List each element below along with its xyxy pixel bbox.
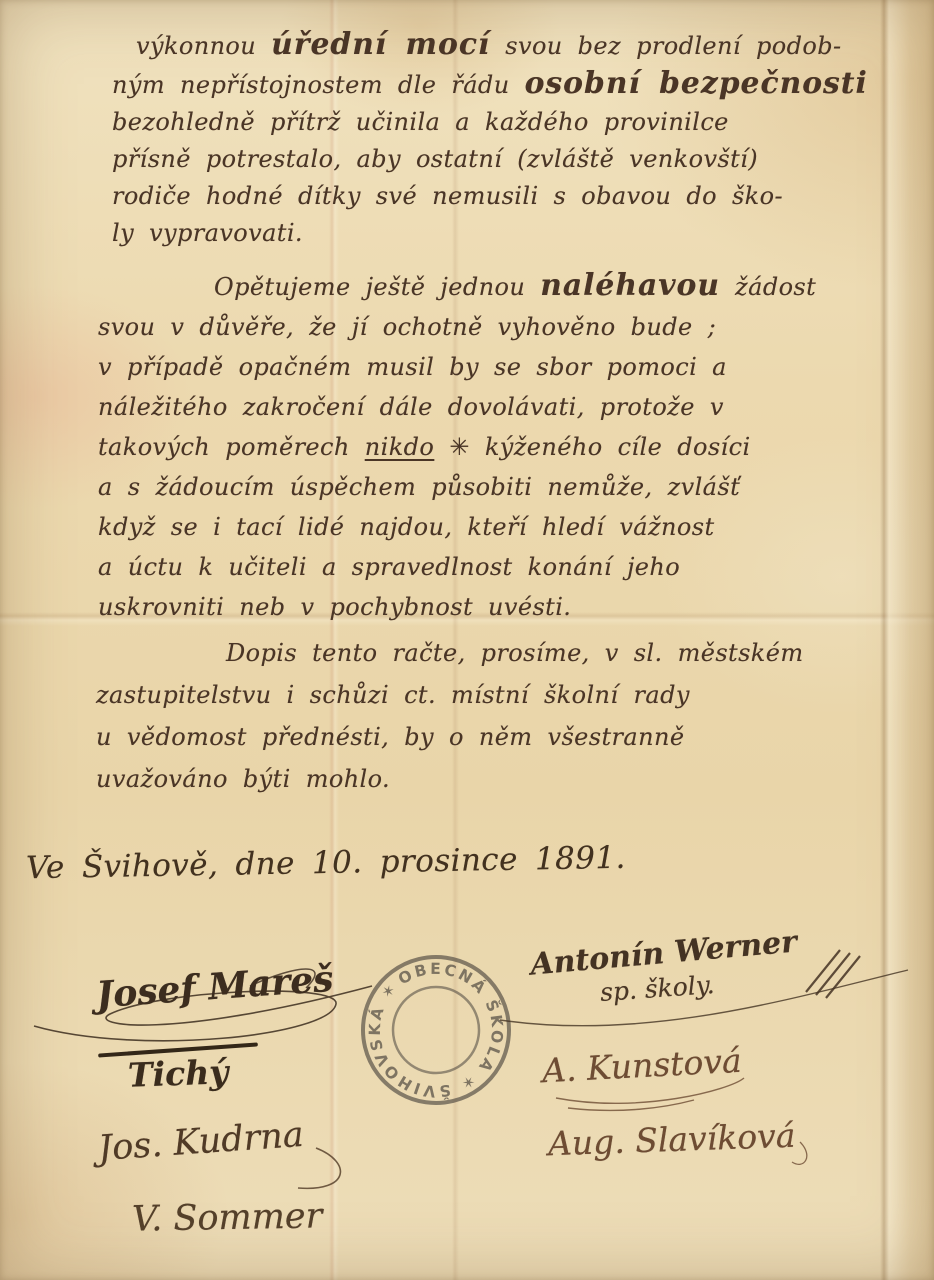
- emphasized-phrase: úřední mocí: [271, 27, 490, 62]
- handwritten-line: svou v důvěře, že jí ochotně vyhověno bu…: [98, 307, 816, 347]
- werner-paraph-strokes: [806, 950, 860, 998]
- dateline: Ve Švihově, dne 10. prosince 1891.: [26, 840, 626, 886]
- letter-paragraph-2: Opětujeme ještě jednou naléhavou žádost …: [98, 266, 816, 627]
- handwritten-line: v případě opačném musil by se sbor pomoc…: [98, 347, 816, 387]
- school-round-stamp: OBECNÁ ŠKOLA ✶ ŠVIHOVSKÁ ✶: [346, 940, 527, 1121]
- line-text: Opětujeme ještě jednou: [214, 273, 540, 301]
- emphasized-phrase: osobní bezpečnosti: [525, 66, 868, 101]
- handwritten-line: náležitého zakročení dále dovolávati, pr…: [98, 387, 816, 427]
- handwritten-line: bezohledně přítrž učinila a každého prov…: [112, 104, 868, 141]
- stamp-ring-text: OBECNÁ ŠKOLA ✶ ŠVIHOVSKÁ ✶: [356, 950, 516, 1109]
- line-text: ✳ kýženého cíle dosíci: [434, 433, 750, 461]
- handwritten-line: u vědomost přednésti, by o něm všestrann…: [96, 716, 804, 758]
- signature-werner-title: sp. školy.: [599, 970, 715, 1007]
- line-text: výkonnou: [136, 32, 271, 60]
- handwritten-line: ným nepřístojnostem dle řádu osobní bezp…: [112, 65, 868, 104]
- handwritten-line: přísně potrestalo, aby ostatní (zvláště …: [112, 141, 868, 178]
- line-text: takových poměrech: [98, 433, 365, 461]
- handwritten-line: když se i tací lidé najdou, kteří hledí …: [98, 507, 816, 547]
- letter-paragraph-3: Dopis tento račte, prosíme, v sl. městsk…: [96, 632, 804, 800]
- signature-aug-slavikova: Aug. Slavíková: [547, 1116, 796, 1164]
- line-text: svou bez prodlení podob-: [490, 32, 841, 60]
- signature-jos-kudrna: Jos. Kudrna: [97, 1115, 305, 1169]
- line-text: ným nepřístojnostem dle řádu: [112, 71, 525, 99]
- letter-paragraph-1: výkonnou úřední mocí svou bez prodlení p…: [112, 26, 868, 252]
- handwritten-line: a s žádoucím úspěchem působiti nemůže, z…: [98, 467, 816, 507]
- handwritten-line: Opětujeme ještě jednou naléhavou žádost: [98, 266, 816, 307]
- underlined-word: nikdo: [365, 433, 435, 461]
- line-text: žádost: [720, 273, 816, 301]
- signature-tichy: Tichý: [127, 1052, 229, 1094]
- handwritten-line: a úctu k učiteli a spravedlnost konání j…: [98, 547, 816, 587]
- handwritten-line: zastupitelstvu i schůzi ct. místní školn…: [96, 674, 804, 716]
- stamp-ring-text-path: OBECNÁ ŠKOLA ✶ ŠVIHOVSKÁ ✶: [356, 950, 516, 1109]
- emphasized-phrase: naléhavou: [540, 268, 720, 303]
- handwritten-line: uvažováno býti mohlo.: [96, 758, 804, 800]
- handwritten-line: výkonnou úřední mocí svou bez prodlení p…: [112, 26, 868, 65]
- signature-a-kunstova: A. Kunstová: [541, 1041, 742, 1090]
- handwritten-line: uskrovniti neb v pochybnost uvésti.: [98, 587, 816, 627]
- stamp-inner-ring: [387, 981, 484, 1078]
- handwritten-line: Dopis tento račte, prosíme, v sl. městsk…: [96, 632, 804, 674]
- signature-josef-mares: Josef Mareš: [95, 958, 335, 1016]
- handwritten-line: rodiče hodné dítky své nemusili s obavou…: [112, 178, 868, 215]
- handwritten-line: ly vypravovati.: [112, 215, 868, 252]
- handwritten-line: takových poměrech nikdo ✳ kýženého cíle …: [98, 427, 816, 467]
- scanned-letter-page: výkonnou úřední mocí svou bez prodlení p…: [0, 0, 934, 1280]
- signature-v-sommer: V. Sommer: [132, 1196, 323, 1239]
